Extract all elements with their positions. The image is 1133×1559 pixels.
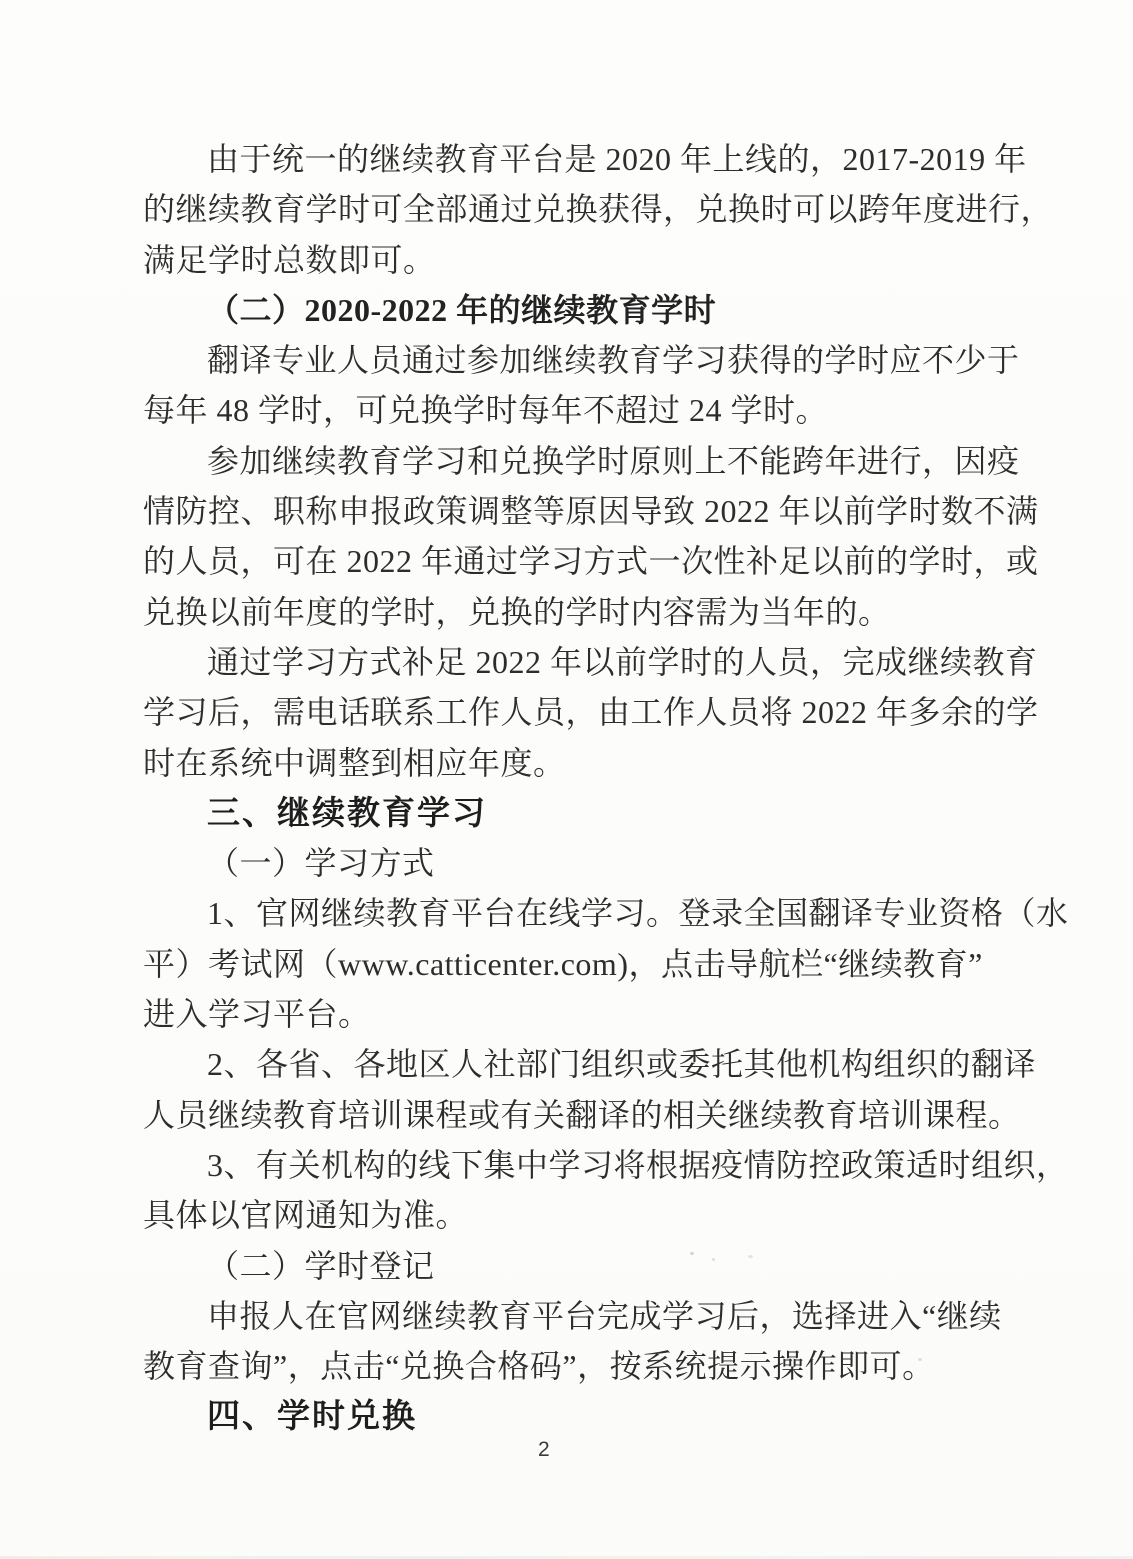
body-line: 1、官网继续教育平台在线学习。登录全国翻译专业资格（水 (143, 888, 1011, 938)
body-line: 进入学习平台。 (143, 989, 1011, 1039)
scan-speck (748, 1255, 753, 1258)
body-line: 由于统一的继续教育平台是 2020 年上线的，2017-2019 年 (143, 134, 1011, 184)
body-line: 通过学习方式补足 2022 年以前学时的人员，完成继续教育 (143, 637, 1011, 687)
document-page: 由于统一的继续教育平台是 2020 年上线的，2017-2019 年 的继续教育… (0, 0, 1133, 1559)
body-line: 参加继续教育学习和兑换学时原则上不能跨年进行，因疫 (143, 436, 1011, 486)
scan-speck (690, 1252, 694, 1255)
body-line: 翻译专业人员通过参加继续教育学习获得的学时应不少于 (143, 335, 1011, 385)
body-line: 满足学时总数即可。 (143, 235, 1011, 285)
subsection-heading-credit-registration: （二）学时登记 (143, 1241, 1011, 1291)
subsection-heading-credit-hours-2020-2022: （二）2020-2022 年的继续教育学时 (143, 285, 1011, 335)
body-line: 申报人在官网继续教育平台完成学习后，选择进入“继续 (143, 1291, 1011, 1341)
subsection-heading-study-method: （一）学习方式 (143, 838, 1011, 888)
body-line: 的人员，可在 2022 年通过学习方式一次性补足以前的学时，或 (143, 536, 1011, 586)
document-body: 由于统一的继续教育平台是 2020 年上线的，2017-2019 年 的继续教育… (143, 134, 1011, 1442)
body-line: 3、有关机构的线下集中学习将根据疫情防控政策适时组织， (143, 1140, 1011, 1190)
body-line: 教育查询”，点击“兑换合格码”，按系统提示操作即可。 (143, 1341, 1011, 1391)
section-heading-continuing-education-study: 三、继续教育学习 (143, 788, 1011, 838)
body-line: 学习后，需电话联系工作人员，由工作人员将 2022 年多余的学 (143, 687, 1011, 737)
body-line: 兑换以前年度的学时，兑换的学时内容需为当年的。 (143, 587, 1011, 637)
body-line: 时在系统中调整到相应年度。 (143, 738, 1011, 788)
page-number: 2 (538, 1438, 550, 1462)
body-line: 平）考试网（www.catticenter.com)，点击导航栏“继续教育” (143, 939, 1011, 989)
body-line: 具体以官网通知为准。 (143, 1190, 1011, 1240)
body-line: 的继续教育学时可全部通过兑换获得，兑换时可以跨年度进行， (143, 184, 1011, 234)
body-line: 情防控、职称申报政策调整等原因导致 2022 年以前学时数不满 (143, 486, 1011, 536)
section-heading-credit-exchange: 四、学时兑换 (143, 1391, 1011, 1441)
scan-speck (918, 1358, 922, 1361)
body-line: 2、各省、各地区人社部门组织或委托其他机构组织的翻译 (143, 1039, 1011, 1089)
scan-speck (712, 1258, 715, 1261)
body-line: 每年 48 学时，可兑换学时每年不超过 24 学时。 (143, 385, 1011, 435)
body-line: 人员继续教育培训课程或有关翻译的相关继续教育培训课程。 (143, 1090, 1011, 1140)
